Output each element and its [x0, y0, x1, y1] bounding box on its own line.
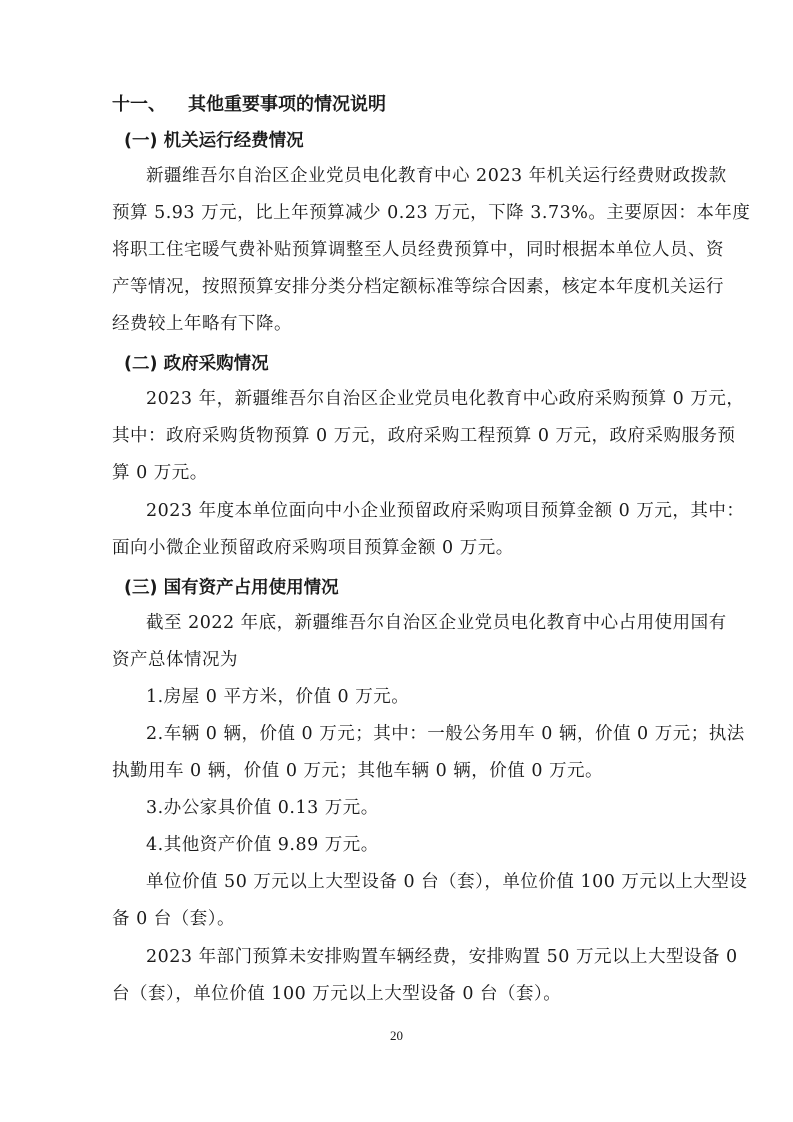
paragraph-line: 备 0 台（套）。: [112, 908, 708, 930]
subsection-heading-2: (二) 政府采购情况: [124, 350, 269, 375]
subsection-heading-1: (一) 机关运行经费情况: [124, 127, 304, 152]
paragraph-line: 新疆维吾尔自治区企业党员电化教育中心 2023 年机关运行经费财政拨款: [146, 165, 708, 187]
paragraph-line: 产等情况，按照预算安排分类分档定额标准等综合因素，核定本年度机关运行: [112, 276, 708, 298]
list-item: 1.房屋 0 平方米，价值 0 万元。: [146, 686, 708, 708]
page-number: 20: [0, 1028, 793, 1044]
list-item: 4.其他资产价值 9.89 万元。: [146, 834, 708, 856]
list-item: 2.车辆 0 辆，价值 0 万元；其中：一般公务用车 0 辆，价值 0 万元；执…: [146, 723, 708, 745]
paragraph-line: 2023 年部门预算未安排购置车辆经费，安排购置 50 万元以上大型设备 0: [146, 946, 708, 968]
paragraph-line: 面向小微企业预留政府采购项目预算金额 0 万元。: [112, 537, 708, 559]
section-number: 十一、: [112, 90, 188, 116]
section-title: 其他重要事项的情况说明: [188, 94, 386, 115]
paragraph-line: 资产总体情况为: [112, 649, 708, 671]
paragraph-line: 2023 年，新疆维吾尔自治区企业党员电化教育中心政府采购预算 0 万元，: [146, 388, 708, 410]
paragraph-line: 预算 5.93 万元，比上年预算减少 0.23 万元，下降 3.73%。主要原因…: [112, 202, 708, 224]
paragraph-line: 算 0 万元。: [112, 462, 708, 484]
paragraph-line: 台（套），单位价值 100 万元以上大型设备 0 台（套）。: [112, 983, 708, 1005]
list-item: 3.办公家具价值 0.13 万元。: [146, 797, 708, 819]
paragraph-line: 经费较上年略有下降。: [112, 313, 708, 335]
section-heading: 十一、其他重要事项的情况说明: [112, 90, 386, 116]
paragraph-line: 2023 年度本单位面向中小企业预留政府采购项目预算金额 0 万元，其中：: [146, 500, 708, 522]
paragraph-line: 单位价值 50 万元以上大型设备 0 台（套），单位价值 100 万元以上大型设: [146, 871, 708, 893]
paragraph-line: 将职工住宅暖气费补贴预算调整至人员经费预算中，同时根据本单位人员、资: [112, 239, 708, 261]
paragraph-line: 其中：政府采购货物预算 0 万元，政府采购工程预算 0 万元，政府采购服务预: [112, 425, 708, 447]
paragraph-line: 执勤用车 0 辆，价值 0 万元；其他车辆 0 辆，价值 0 万元。: [112, 760, 708, 782]
paragraph-line: 截至 2022 年底，新疆维吾尔自治区企业党员电化教育中心占用使用国有: [146, 612, 708, 634]
subsection-heading-3: (三) 国有资产占用使用情况: [124, 574, 339, 599]
document-page: 十一、其他重要事项的情况说明 (一) 机关运行经费情况 新疆维吾尔自治区企业党员…: [0, 0, 793, 1122]
